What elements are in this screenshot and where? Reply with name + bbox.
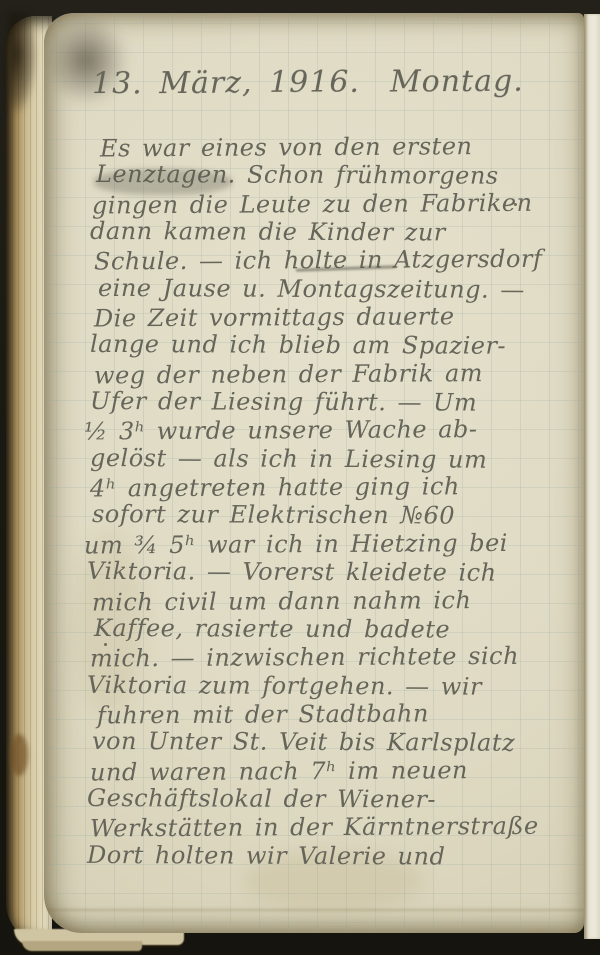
handwritten-line: lange und ich blieb am Spazier- — [90, 330, 578, 360]
handwritten-line: mich. — inzwischen richtete sich — [90, 642, 578, 673]
handwritten-line: Die Zeit vormittags dauerte — [94, 302, 578, 333]
bottom-crease — [44, 909, 584, 911]
heading-date: 13. März, 1916. — [92, 65, 360, 102]
handwritten-line: Kaffee, rasierte und badete — [94, 614, 578, 644]
handwritten-line: Viktoria. — Vorerst kleidete ich — [87, 557, 578, 587]
handwritten-line: dann kamen die Kinder zur — [90, 217, 578, 247]
handwritten-line: fuhren mit der Stadtbahn — [97, 698, 578, 729]
handwritten-line: ½ 3ʰ wurde unsere Wache ab- — [84, 415, 578, 446]
handwritten-line: Schule. — ich holte in Atzgersdorf — [94, 245, 578, 276]
pencil-smudge — [94, 169, 232, 195]
handwritten-line: eine Jause u. Montagszeitung. — — [98, 274, 578, 304]
handwritten-line: Geschäftslokal der Wiener- — [87, 784, 578, 814]
handwritten-line: Viktoria zum fortgehen. — wir — [87, 670, 578, 700]
notebook-page: 13. März, 1916.Montag. Es war eines von … — [44, 13, 584, 933]
edge-stain — [10, 734, 28, 776]
handwritten-line: weg der neben der Fabrik am — [94, 358, 578, 389]
handwritten-line: mich civil um dann nahm ich — [92, 585, 578, 616]
handwritten-line: Es war eines von den ersten — [100, 132, 578, 163]
diary-heading: 13. März, 1916.Montag. — [92, 63, 554, 101]
handwritten-line: von Unter St. Veit bis Karlsplatz — [92, 727, 578, 757]
handwritten-line: um ¾ 5ʰ war ich in Hietzing bei — [84, 528, 578, 559]
handwritten-line: Ufer der Liesing führt. — Um — [90, 387, 578, 417]
handwritten-line: und waren nach 7ʰ im neuen — [90, 755, 578, 786]
handwritten-line: gelöst — als ich in Liesing um — [90, 444, 578, 474]
handwritten-line: sofort zur Elektrischen №60 — [92, 500, 578, 530]
handwritten-line: 4ʰ angetreten hatte ging ich — [90, 472, 578, 503]
adjacent-page-sliver — [584, 14, 600, 939]
heading-weekday: Montag. — [390, 64, 524, 100]
handwritten-line: Dort holten wir Valerie und — [87, 841, 578, 871]
diary-scan: 13. März, 1916.Montag. Es war eines von … — [0, 0, 600, 955]
under-sheet-edge — [22, 941, 142, 951]
diary-body: Es war eines von den ersten Lenztagen. S… — [90, 133, 578, 870]
handwritten-line: Werkstätten in der Kärntnerstraße — [90, 812, 578, 843]
